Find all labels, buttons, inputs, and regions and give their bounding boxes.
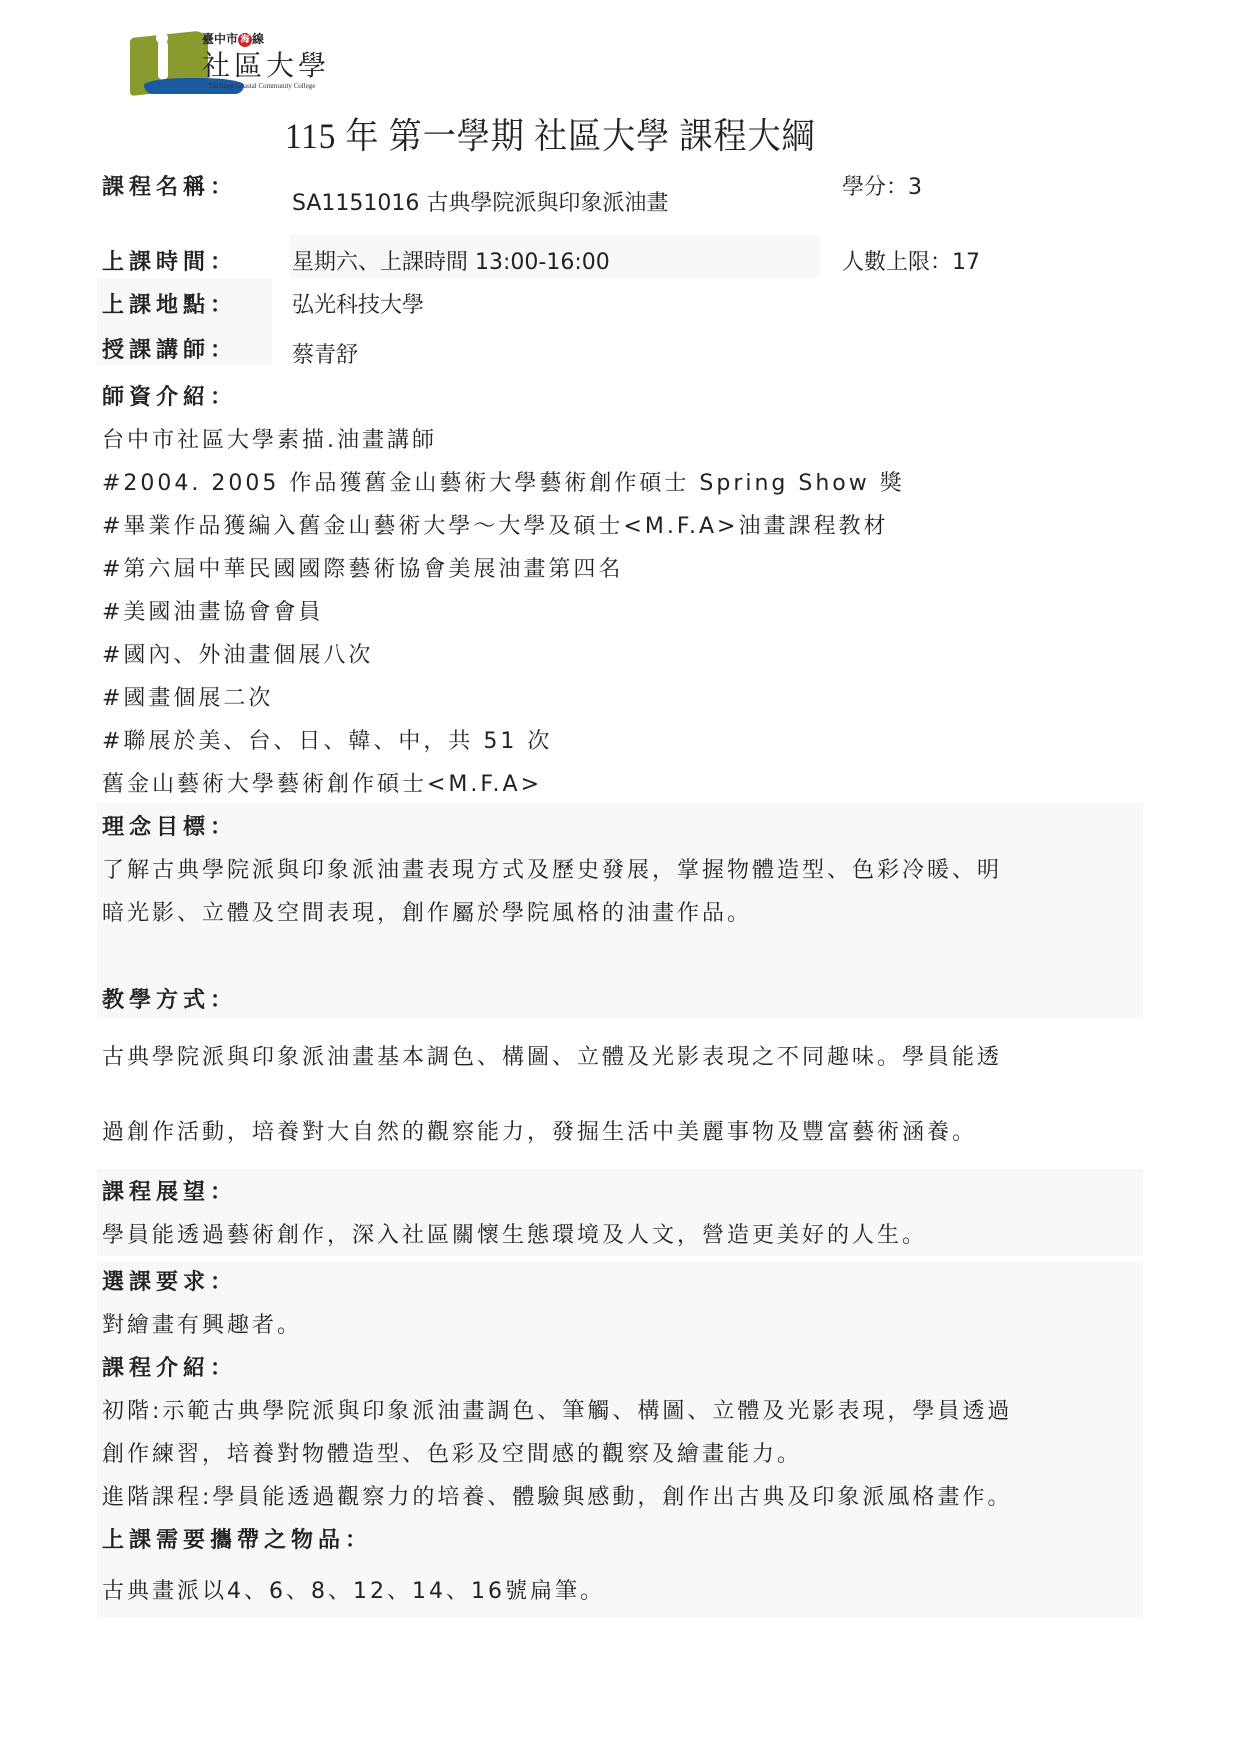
teacher-intro-line: #畢業作品獲編入舊金山藝術大學～大學及碩士<M.F.A>油畫課程教材 xyxy=(102,509,888,540)
goals-line: 了解古典學院派與印象派油畫表現方式及歷史發展，掌握物體造型、色彩冷暖、明 xyxy=(102,853,1002,884)
goals-label: 理念目標： xyxy=(102,810,237,841)
teacher-intro-line: #美國油畫協會會員 xyxy=(102,595,323,626)
school-logo: 臺中市海線 社區大學 Taichung Coastal Community Co… xyxy=(130,26,370,96)
course-intro-line: 創作練習，培養對物體造型、色彩及空間感的觀察及繪畫能力。 xyxy=(102,1437,802,1468)
time-value: 星期六、上課時間 13:00-16:00 xyxy=(292,245,610,276)
teacher-intro-line: #國畫個展二次 xyxy=(102,681,273,712)
course-intro-label: 課程介紹： xyxy=(102,1351,237,1382)
page-title: 115 年 第一學期 社區大學 課程大綱 xyxy=(285,108,816,159)
location-value: 弘光科技大學 xyxy=(292,288,424,319)
teacher-intro-line: #聯展於美、台、日、韓、中，共 51 次 xyxy=(102,724,552,755)
logo-english-text: Taichung Coastal Community College xyxy=(208,82,315,90)
materials-label: 上課需要攜帶之物品： xyxy=(102,1523,372,1554)
capacity-value: 人數上限：17 xyxy=(842,245,980,276)
teacher-label: 授課講師： xyxy=(102,333,237,364)
goals-line: 暗光影、立體及空間表現，創作屬於學院風格的油畫作品。 xyxy=(102,896,752,927)
teaching-method-line: 過創作活動，培養對大自然的觀察能力，發掘生活中美麗事物及豐富藝術涵養。 xyxy=(102,1115,977,1146)
outlook-label: 課程展望： xyxy=(102,1175,237,1206)
requirements-line: 對繪畫有興趣者。 xyxy=(102,1308,302,1339)
teacher-intro-label: 師資介紹： xyxy=(102,380,237,411)
course-intro-line: 初階:示範古典學院派與印象派油畫調色、筆觸、構圖、立體及光影表現，學員透過 xyxy=(102,1394,1012,1425)
teacher-intro-line: 台中市社區大學素描.油畫講師 xyxy=(102,423,437,454)
location-label: 上課地點： xyxy=(102,288,237,319)
requirements-label: 選課要求： xyxy=(102,1265,237,1296)
course-name-value: SA1151016 古典學院派與印象派油畫 xyxy=(292,186,668,217)
teacher-value: 蔡青舒 xyxy=(292,338,358,369)
course-intro-line: 進階課程:學員能透過觀察力的培養、體驗與感動，創作出古典及印象派風格畫作。 xyxy=(102,1480,1012,1511)
time-label: 上課時間： xyxy=(102,245,237,276)
teaching-method-label: 教學方式： xyxy=(102,983,237,1014)
teacher-intro-line: 舊金山藝術大學藝術創作碩士<M.F.A> xyxy=(102,767,542,798)
materials-line: 古典畫派以4、6、8、12、14、16號扁筆。 xyxy=(102,1574,605,1605)
teacher-intro-line: #國內、外油畫個展八次 xyxy=(102,638,373,669)
figure-icon xyxy=(158,40,168,80)
logo-main-text: 社區大學 xyxy=(202,44,330,84)
teacher-intro-line: #第六屆中華民國國際藝術協會美展油畫第四名 xyxy=(102,552,623,583)
course-name-label: 課程名稱： xyxy=(102,170,237,201)
credit-value: 學分：3 xyxy=(842,170,922,201)
teaching-method-line: 古典學院派與印象派油畫基本調色、構圖、立體及光影表現之不同趣味。學員能透 xyxy=(102,1040,1002,1071)
outlook-line: 學員能透過藝術創作，深入社區關懷生態環境及人文，營造更美好的人生。 xyxy=(102,1218,927,1249)
teacher-intro-line: #2004. 2005 作品獲舊金山藝術大學藝術創作碩士 Spring Show… xyxy=(102,466,905,497)
